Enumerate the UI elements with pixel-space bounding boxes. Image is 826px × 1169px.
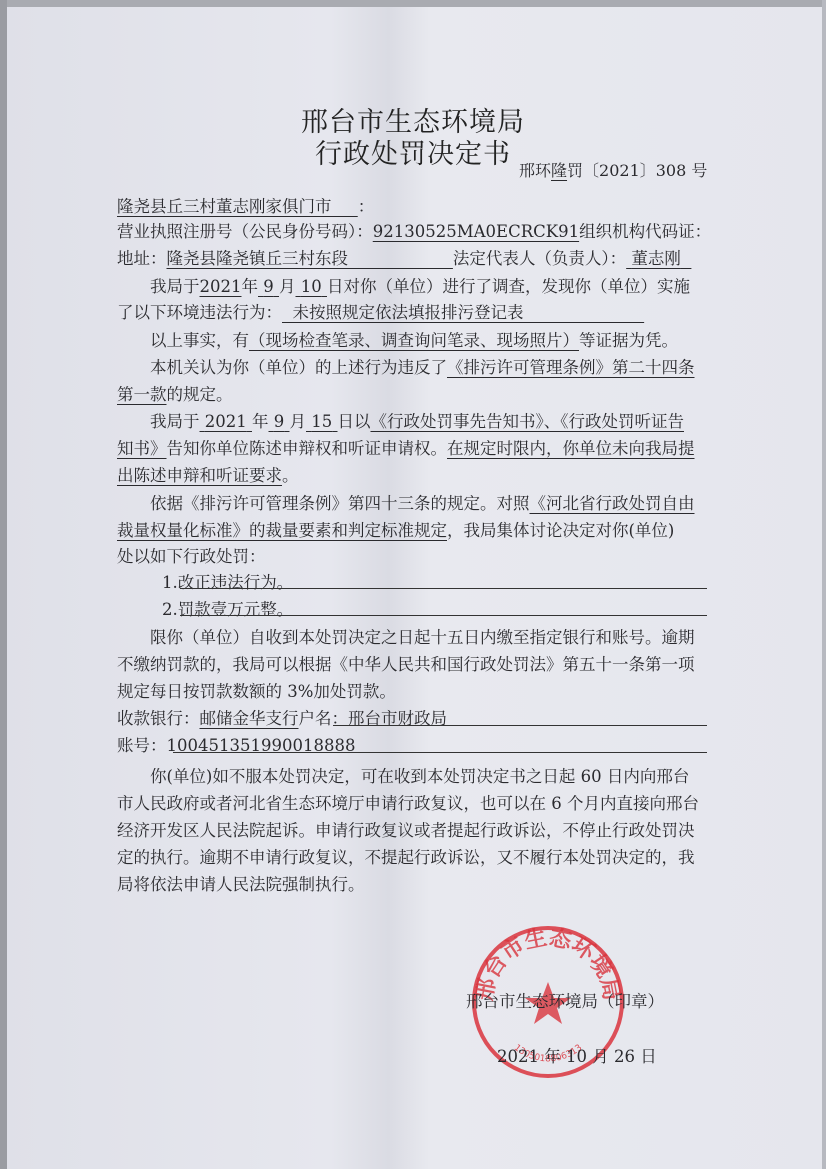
decision-basis-para: 依据《排污许可管理条例》第四十三条的规定。对照《河北省行政处罚自由	[150, 493, 695, 515]
account-number-line: 账号：100451351990018888	[117, 735, 355, 757]
payment-para-cont2: 规定每日按罚款数额的 3%加处罚款。	[117, 681, 396, 703]
law-reference: 《排污许可管理条例》第二十四条	[447, 358, 695, 377]
violation-text: 未按照规定依法填报排污登记表	[293, 303, 524, 322]
penalty-item-2: 2.罚款壹万元整。	[162, 599, 293, 621]
doc-number: 邢环隆罚〔2021〕308 号	[519, 160, 707, 182]
investigation-para: 我局于2021年 9 月 10 日对你（单位）进行了调查，发现你（单位）实施	[150, 276, 690, 298]
penalty-1-underline	[180, 588, 707, 589]
penalty-2-underline	[180, 615, 707, 616]
payment-para: 限你（单位）自收到本处罚决定之日起十五日内缴至指定银行和账号。逾期	[150, 627, 695, 649]
evidence-para: 以上事实，有（现场检查笔录、调查询问笔录、现场照片）等证据为凭。	[150, 330, 678, 352]
decision-basis-cont2: 处以如下行政处罚：	[117, 546, 266, 568]
issuer-signature: 邢台市生态环境局（印章）	[466, 988, 664, 1012]
scan-edge-right	[822, 0, 826, 1169]
license-number: 92130525MA0ECRCK91	[373, 222, 579, 241]
appeal-para: 你(单位)如不服本处罚决定，可在收到本处罚决定书之日起 60 日内向邢台	[150, 766, 689, 788]
appeal-para-cont2: 经济开发区人民法院起诉。申请行政复议或者提起行政诉讼，不停止行政处罚决	[117, 820, 695, 842]
document-page: 邢台市生态环境局 行政处罚决定书 邢环隆罚〔2021〕308 号 隆尧县丘三村董…	[0, 0, 826, 1169]
scan-edge-top	[0, 0, 826, 7]
evidence-text: （现场检查笔录、调查询问笔录、现场照片）	[249, 331, 579, 350]
bank-name: 邮储金华支行	[200, 709, 299, 728]
account-name-underline	[333, 725, 707, 726]
notice-cont: 知书》告知你单位陈述申辩权和听证申请权。在规定时限内，你单位未向我局提	[117, 438, 695, 460]
violated-law-cont: 第一款的规定。	[117, 384, 233, 406]
bank-line: 收款银行：邮储金华支行户名：邢台市财政局	[117, 708, 447, 730]
payment-para-cont: 不缴纳罚款的，我局可以根据《中华人民共和国行政处罚法》第五十一条第一项	[117, 654, 695, 676]
scan-edge-left	[0, 0, 7, 1169]
appeal-para-cont3: 定的执行。逾期不申请行政复议，不提起行政诉讼，又不履行本处罚决定的，我	[117, 847, 695, 869]
penalty-item-1: 1.改正违法行为。	[162, 572, 293, 594]
legal-rep-name: 董志刚	[631, 249, 681, 268]
violated-law-para: 本机关认为你（单位）的上述行为违反了《排污许可管理条例》第二十四条	[150, 357, 695, 379]
issue-date: 2021 年 10 月 26 日	[497, 1043, 657, 1067]
addressee: 隆尧县丘三村董志刚家俱门市 ：	[117, 196, 374, 218]
violation-line: 了以下环境违法行为： 未按照规定依法填报排污登记表	[117, 302, 644, 324]
account-number-underline	[173, 752, 707, 753]
address-line: 地址：隆尧县隆尧镇丘三村东段 法定代表人（负责人）： 董志刚	[117, 248, 691, 270]
appeal-para-cont4: 局将依法申请人民法院强制执行。	[117, 874, 365, 896]
notice-para: 我局于 2021 年 9 月 15 日以《行政处罚事先告知书》、《行政处罚听证告	[150, 411, 684, 433]
license-line: 营业执照注册号（公民身份号码）：92130525MA0ECRCK91组织机构代码…	[117, 221, 711, 243]
decision-basis-cont: 裁量权量化标准》的裁量要素和判定标准规定，我局集体讨论决定对你(单位)	[117, 520, 674, 542]
notice-cont2: 出陈述申辩和听证要求。	[117, 465, 299, 487]
address-value: 隆尧县隆尧镇丘三村东段	[167, 249, 349, 268]
appeal-para-cont: 市人民政府或者河北省生态环境厅申请行政复议，也可以在 6 个月内直接向邢台	[117, 793, 699, 815]
